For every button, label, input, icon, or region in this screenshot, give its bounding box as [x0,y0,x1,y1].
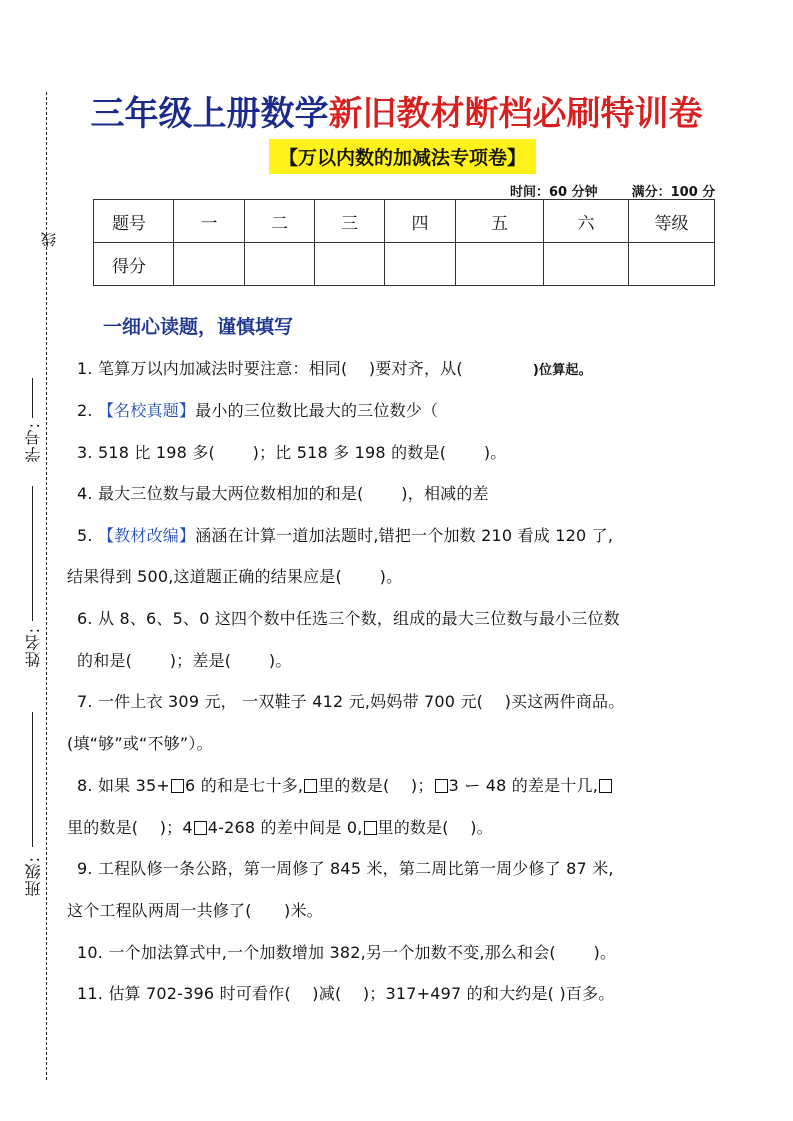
name-label: 姓名: [22,627,45,667]
question-text: 一个加法算式中,一个加数增加 382,另一个加数不变,那么和会( )。 [108,943,616,962]
question-number: 5. [77,526,93,545]
question-1: 1. 笔算万以内加减法时要注意：相同( )要对齐，从( )位算起。 [77,356,592,379]
class-label: 班级: [22,856,45,896]
question-text: 笔算万以内加减法时要注意：相同( )要对齐，从( [98,359,533,378]
question-11: 11. 估算 702-396 时可看作( )减( )；317+497 的和大约是… [77,981,614,1004]
header-section-2: 二 [245,200,315,243]
student-id-label: 学号: [22,422,45,462]
question-9-continued: 这个工程队两周一共修了( )米。 [67,898,323,921]
question-text: 如果 35+ [98,776,170,795]
blank-box-icon [435,779,448,793]
question-text: 最大三位数与最大两位数相加的和是( )，相减的差 [98,484,489,503]
question-text: 从 8、6、5、0 这四个数中任选三个数，组成的最大三位数与最小三位数 [98,609,620,628]
question-9: 9. 工程队修一条公路，第一周修了 845 米，第二周比第一周少修了 87 米, [77,856,614,879]
score-cell-5[interactable] [456,243,544,286]
header-grade: 等级 [629,200,715,243]
header-section-3: 三 [315,200,385,243]
question-text: 518 比 198 多( )；比 518 多 198 的数是( )。 [98,443,507,462]
header-section-6: 六 [544,200,629,243]
question-text: 里的数是( )； [318,776,433,795]
score-cell-grade[interactable] [629,243,715,286]
header-question-number: 题号 [94,200,174,243]
full-score: 满分：100 分 [632,181,716,200]
question-text: 里的数是( )。 [378,818,493,837]
question-8-continued: 里的数是( )；44-268 的差中间是 0,里的数是( )。 [67,815,493,838]
name-underline [32,486,33,621]
section-heading: 一细心读题，谨慎填写 [103,312,293,339]
question-tag: 【名校真题】 [98,401,195,420]
row-label-score: 得分 [94,243,174,286]
score-cell-4[interactable] [385,243,456,286]
question-7: 7. 一件上衣 309 元， 一双鞋子 412 元,妈妈带 700 元( )买这… [77,689,624,712]
student-id-underline [32,378,33,418]
question-5: 5. 【教材改编】涵涵在计算一道加法题时,错把一个加数 210 看成 120 了… [77,523,613,546]
title-grade-part: 三年级上册数学 [91,94,329,134]
question-tag: 【教材改编】 [98,526,195,545]
question-8: 8. 如果 35+6 的和是七十多,里的数是( )；3 ー 48 的差是十几, [77,773,613,796]
question-number: 11. [77,984,103,1003]
score-cell-6[interactable] [544,243,629,286]
class-underline [32,712,33,847]
score-table: 题号 一 二 三 四 五 六 等级 得分 [93,199,715,286]
question-text: 工程队修一条公路，第一周修了 845 米，第二周比第一周少修了 87 米, [98,859,614,878]
score-table-header-row: 题号 一 二 三 四 五 六 等级 [94,200,715,243]
question-number: 3. [77,443,93,462]
question-text: 4-268 的差中间是 0, [208,818,363,837]
question-text: 里的数是( )；4 [67,818,193,837]
question-5-continued: 结果得到 500,这道题正确的结果应是( )。 [67,564,402,587]
question-6-continued: 的和是( )；差是( )。 [77,648,292,671]
score-cell-1[interactable] [174,243,245,286]
question-number: 8. [77,776,93,795]
header-section-4: 四 [385,200,456,243]
blank-box-icon [171,779,184,793]
question-number: 10. [77,943,103,962]
binding-line-char: 线 [38,232,59,247]
question-number: 2. [77,401,93,420]
exam-meta: 时间：60 分钟满分：100 分 [510,181,715,200]
question-number: 1. [77,359,93,378]
question-3: 3. 518 比 198 多( )；比 518 多 198 的数是( )。 [77,440,506,463]
page-title: 三年级上册数学新旧教材断档必刷特训卷 [0,86,793,135]
question-number: 7. [77,692,93,711]
exam-subtitle: 【万以内数的加减法专项卷】 [269,139,536,174]
question-2: 2. 【名校真题】最小的三位数比最大的三位数少（ [77,398,438,421]
blank-box-icon [194,821,207,835]
header-section-5: 五 [456,200,544,243]
question-text: 一件上衣 309 元， 一双鞋子 412 元,妈妈带 700 元( )买这两件商… [98,692,624,711]
question-text: 最小的三位数比最大的三位数少（ [195,401,438,420]
question-text: 3 ー 48 的差是十几, [449,776,598,795]
question-text: 涵涵在计算一道加法题时,错把一个加数 210 看成 120 了, [195,526,613,545]
question-number: 6. [77,609,93,628]
question-text-tail: )位算起。 [533,363,592,378]
header-section-1: 一 [174,200,245,243]
question-number: 9. [77,859,93,878]
question-text: 估算 702-396 时可看作( )减( )；317+497 的和大约是( )百… [108,984,614,1003]
score-cell-2[interactable] [245,243,315,286]
question-4: 4. 最大三位数与最大两位数相加的和是( )，相减的差 [77,481,489,504]
question-number: 4. [77,484,93,503]
time-limit: 时间：60 分钟 [510,181,598,200]
blank-box-icon [599,779,612,793]
question-10: 10. 一个加法算式中,一个加数增加 382,另一个加数不变,那么和会( )。 [77,940,616,963]
score-cell-3[interactable] [315,243,385,286]
question-text: 6 的和是七十多, [185,776,303,795]
blank-box-icon [364,821,377,835]
blank-box-icon [304,779,317,793]
question-7-continued: (填“够”或“不够”）。 [67,731,213,754]
score-table-score-row: 得分 [94,243,715,286]
question-6: 6. 从 8、6、5、0 这四个数中任选三个数，组成的最大三位数与最小三位数 [77,606,620,629]
title-series-part: 新旧教材断档必刷特训卷 [329,94,703,134]
